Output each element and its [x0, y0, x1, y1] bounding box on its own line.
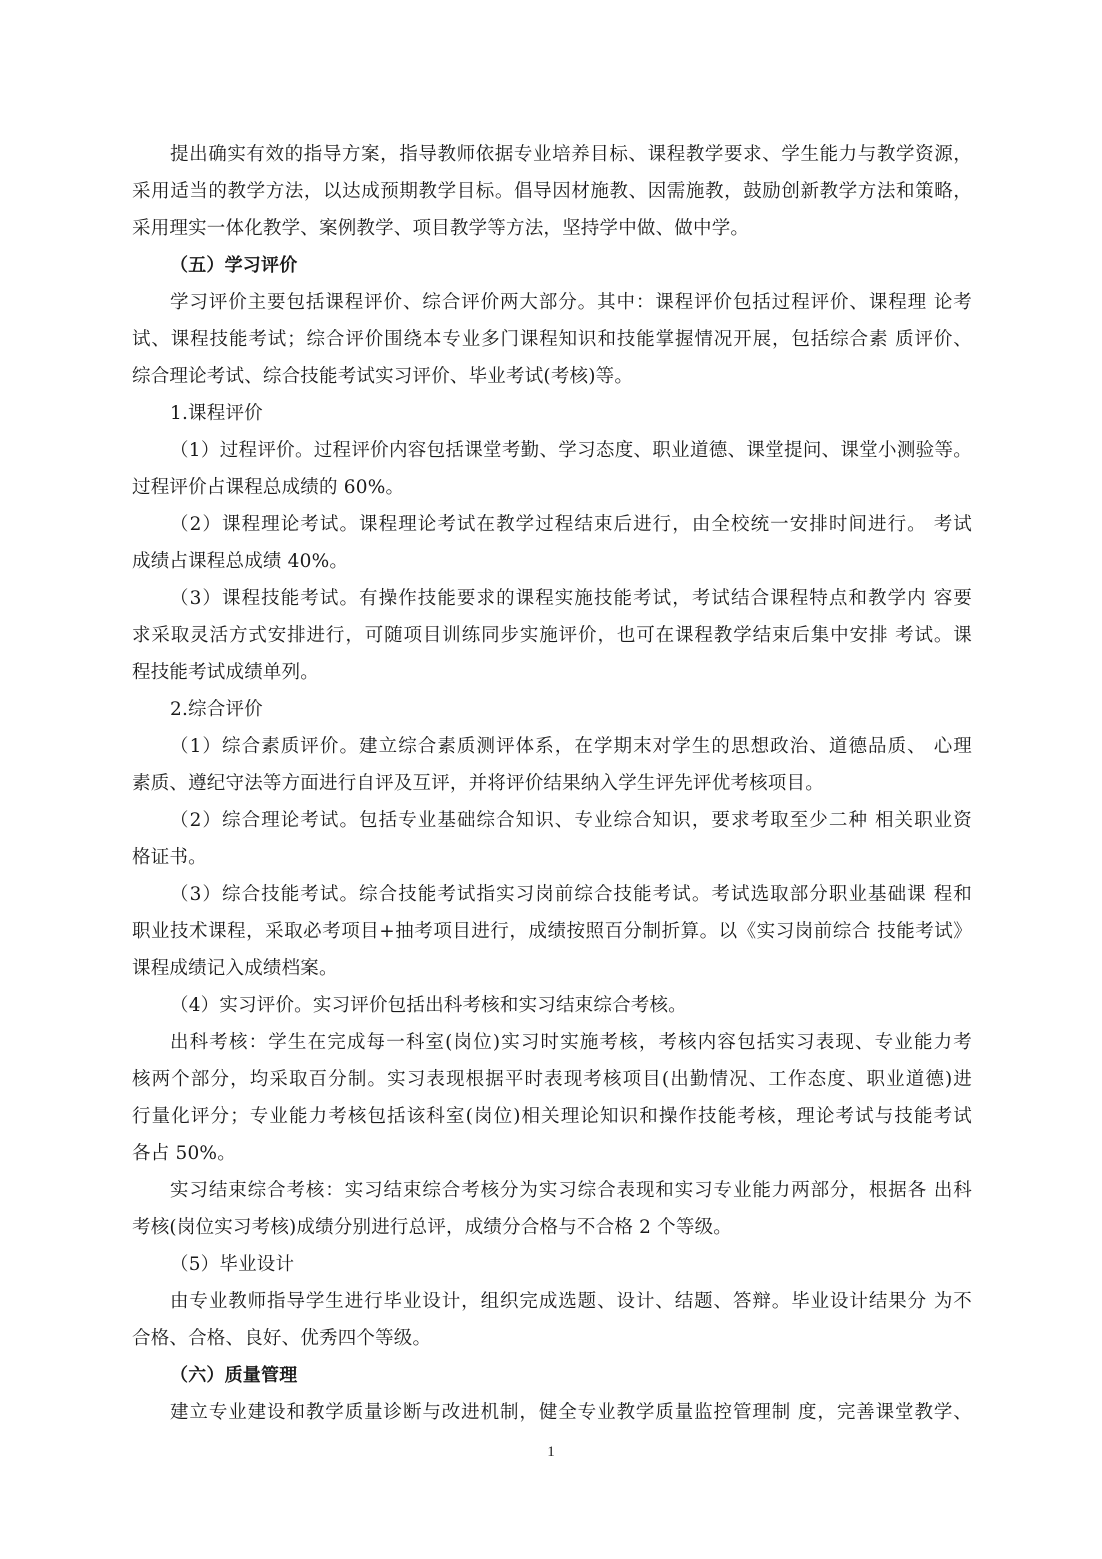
text-line: 出科考核：学生在完成每一科室(岗位)实习时实施考核，考核内容包括实习表现、专业能…: [170, 1031, 972, 1055]
text-line: 提出确实有效的指导方案，指导教师依据专业培养目标、课程教学要求、学生能力与教学资…: [170, 143, 972, 167]
text-line: 求采取灵活方式安排进行，可随项目训练同步实施评价，也可在课程教学结束后集中安排 …: [132, 624, 972, 648]
text-line: （3）综合技能考试。综合技能考试指实习岗前综合技能考试。考试选取部分职业基础课 …: [170, 883, 972, 907]
text-line: 合格、合格、良好、优秀四个等级。: [132, 1327, 972, 1351]
text-line: 实习结束综合考核：实习结束综合考核分为实习综合表现和实习专业能力两部分，根据各 …: [170, 1179, 972, 1203]
text-line: 行量化评分；专业能力考核包括该科室(岗位)相关理论知识和操作技能考核，理论考试与…: [132, 1105, 972, 1129]
text-line: 格证书。: [132, 846, 972, 870]
text-line: 建立专业建设和教学质量诊断与改进机制，健全专业教学质量监控管理制 度，完善课堂教…: [170, 1401, 972, 1425]
text-line: （2）课程理论考试。课程理论考试在教学过程结束后进行，由全校统一安排时间进行。 …: [170, 513, 972, 537]
text-line: （4）实习评价。实习评价包括出科考核和实习结束综合考核。: [170, 994, 972, 1018]
text-line: （2）综合理论考试。包括专业基础综合知识、专业综合知识，要求考取至少二种 相关职…: [170, 809, 972, 833]
text-line: 综合理论考试、综合技能考试实习评价、毕业考试(考核)等。: [132, 365, 972, 389]
text-line: 过程评价占课程总成绩的 60%。: [132, 476, 972, 500]
text-line: （1）过程评价。过程评价内容包括课堂考勤、学习态度、职业道德、课堂提问、课堂小测…: [170, 439, 972, 463]
text-line: 学习评价主要包括课程评价、综合评价两大部分。其中：课程评价包括过程评价、课程理 …: [170, 291, 972, 315]
text-line: 采用理实一体化教学、案例教学、项目教学等方法，坚持学中做、做中学。: [132, 217, 972, 241]
text-line: 程技能考试成绩单列。: [132, 661, 972, 685]
text-line: 核两个部分，均采取百分制。实习表现根据平时表现考核项目(出勤情况、工作态度、职业…: [132, 1068, 972, 1092]
text-line: 1.课程评价: [170, 402, 972, 426]
text-line: （1）综合素质评价。建立综合素质测评体系，在学期末对学生的思想政治、道德品质、 …: [170, 735, 972, 759]
page-number: 1: [0, 1444, 1102, 1461]
text-line: 各占 50%。: [132, 1142, 972, 1166]
text-line: 试、课程技能考试；综合评价围绕本专业多门课程知识和技能掌握情况开展，包括综合素 …: [132, 328, 972, 352]
section-heading: （六）质量管理: [170, 1364, 972, 1388]
document-page: 提出确实有效的指导方案，指导教师依据专业培养目标、课程教学要求、学生能力与教学资…: [0, 0, 1102, 1559]
text-line: （3）课程技能考试。有操作技能要求的课程实施技能考试，考试结合课程特点和教学内 …: [170, 587, 972, 611]
text-line: 2.综合评价: [170, 698, 972, 722]
section-heading: （五）学习评价: [170, 254, 972, 278]
text-line: 由专业教师指导学生进行毕业设计，组织完成选题、设计、结题、答辩。毕业设计结果分 …: [170, 1290, 972, 1314]
text-line: 成绩占课程总成绩 40%。: [132, 550, 972, 574]
text-line: 采用适当的教学方法，以达成预期教学目标。倡导因材施教、因需施教，鼓励创新教学方法…: [132, 180, 972, 204]
text-line: 课程成绩记入成绩档案。: [132, 957, 972, 981]
text-line: （5）毕业设计: [170, 1253, 972, 1277]
text-line: 素质、遵纪守法等方面进行自评及互评，并将评价结果纳入学生评先评优考核项目。: [132, 772, 972, 796]
text-line: 职业技术课程，采取必考项目+抽考项目进行，成绩按照百分制折算。以《实习岗前综合 …: [132, 920, 972, 944]
text-line: 考核(岗位实习考核)成绩分别进行总评，成绩分合格与不合格 2 个等级。: [132, 1216, 972, 1240]
